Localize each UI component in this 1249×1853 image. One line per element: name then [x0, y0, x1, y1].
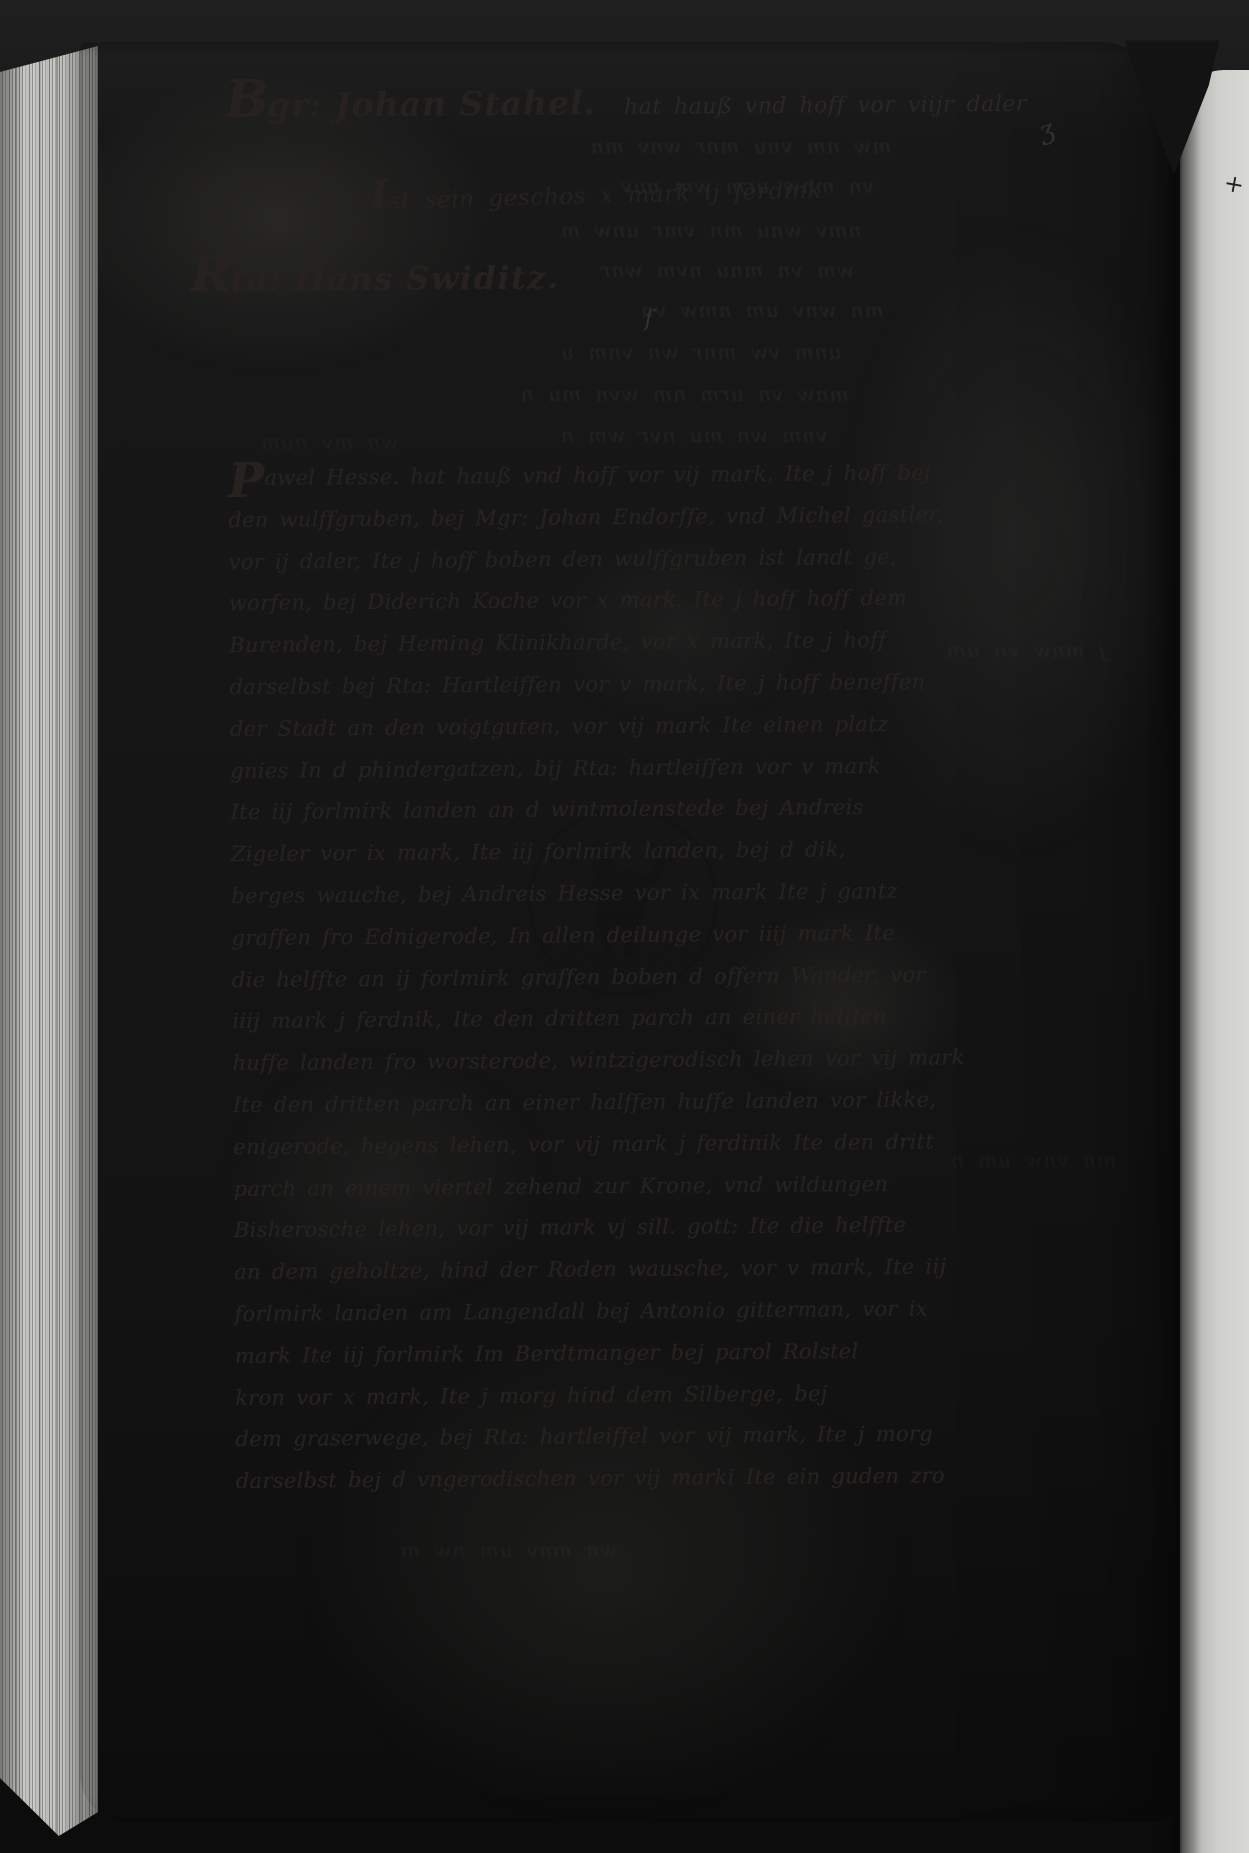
manuscript-line: darselbst bej Rta: Hartleiffen vor v mar… — [229, 669, 969, 717]
heading-property-note: hat hauß vnd hoff vor viijr daler — [624, 92, 1027, 120]
assessment-text: st sein geschos x mark ij ferdink — [388, 177, 822, 214]
manuscript-line: worfen, bej Diderich Koche vor x mark. I… — [229, 586, 969, 634]
heading-flourish-initial: B — [225, 69, 267, 130]
paragraph-flourish-initial: P — [228, 453, 265, 509]
assessment-flourish-initial: I — [369, 171, 389, 218]
book-photo: mw nm vnu mnr wnv mn vn mnw urm wm nuv n… — [0, 0, 1249, 1853]
manuscript-line: Zigeler vor ix mark, Ite iij forlmirk la… — [231, 836, 971, 884]
manuscript-line: Pawel Hesse. hat hauß vnd hoff vor vij m… — [228, 460, 968, 508]
manuscript-line: parch an einem viertel zehend zur Krone,… — [233, 1171, 973, 1219]
manuscript-line: mark Ite iij forlmirk Im Berdtmanger bej… — [235, 1338, 975, 1386]
manuscript-line: den wulffgruben, bej Mgr: Johan Endorffe… — [228, 502, 968, 550]
entry-paragraph-pawel-hesse: Pawel Hesse. hat hauß vnd hoff vor vij m… — [228, 460, 976, 1511]
handwritten-text-layer: Bgr: Johan Stahel.hat hauß vnd hoff vor … — [76, 35, 1182, 1824]
manuscript-line: berges wauche, bej Andreis Hesse vor ix … — [231, 878, 971, 926]
cross-pen-mark: + — [1222, 168, 1247, 199]
manuscript-page: mw nm vnu mnr wnv mn vn mnw urm wm nuv n… — [80, 42, 1172, 1822]
manuscript-line: graffen fro Ednigerode, In allen deilung… — [231, 920, 971, 968]
manuscript-line: dem graserwege, bej Rta: hartleiffel vor… — [235, 1422, 975, 1470]
entry-heading-hans-swiditz: Rta: Hans Swiditz. — [190, 251, 560, 299]
manuscript-line: huffe landen fro worsterode, wintzigerod… — [232, 1045, 972, 1093]
manuscript-line: forlmirk landen am Langendall bej Antoni… — [234, 1296, 974, 1344]
manuscript-line: Ite den dritten parch an einer halffen h… — [233, 1087, 973, 1135]
manuscript-line: Ite iij forlmirk landen an d wintmolenst… — [230, 795, 970, 843]
manuscript-line: kron vor x mark, Ite j morg hind dem Sil… — [235, 1380, 975, 1428]
manuscript-line: die helffte an ij forlmirk graffen boben… — [232, 962, 972, 1010]
manuscript-line: vor ij daler, Ite j hoff boben den wulff… — [228, 544, 968, 592]
manuscript-line: gnies In d phindergatzen, bij Rta: hartl… — [230, 753, 970, 801]
manuscript-line-text: awel Hesse. hat hauß vnd hoff vor vij ma… — [264, 461, 931, 490]
small-pen-mark: ſ — [644, 307, 652, 332]
manuscript-line: an dem geholtze, hind der Roden wausche,… — [234, 1254, 974, 1302]
book-gutter — [1146, 56, 1202, 1853]
manuscript-line: enigerode, hegens lehen, vor vij mark j … — [233, 1129, 973, 1177]
assessment-line: Ist sein geschos x mark ij ferdink — [369, 169, 822, 214]
entry-heading-johan-stahel: Bgr: Johan Stahel.hat hauß vnd hoff vor … — [225, 74, 1027, 125]
heading-name: ta: Hans Swiditz. — [231, 258, 560, 299]
heading-flourish-initial: R — [190, 244, 231, 303]
manuscript-line: Bisherosche lehen, vor vij mark vj sill.… — [234, 1213, 974, 1261]
gutter-pen-mark: ʒ — [1035, 114, 1058, 147]
manuscript-line: iiij mark j ferdnik, Ite den dritten par… — [232, 1004, 972, 1052]
manuscript-line: Burenden, bej Heming Klinikharde, vor x … — [229, 627, 969, 675]
manuscript-line: darselbst bej d vngerodischen vor vij ma… — [236, 1463, 976, 1511]
heading-name: gr: Johan Stahel. — [267, 83, 596, 125]
manuscript-line: der Stadt an den voigtguten, vor vij mar… — [230, 711, 970, 759]
